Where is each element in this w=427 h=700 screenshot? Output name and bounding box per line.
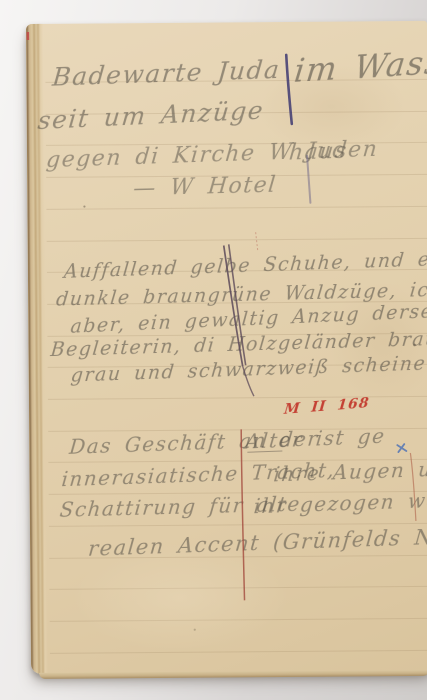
ruled-line <box>50 618 427 622</box>
handwriting-line: seit um Anzüge <box>36 96 265 136</box>
red-ink-shelfmark: M II 168 <box>283 395 370 418</box>
ruled-line <box>47 237 427 241</box>
blue-x-mark <box>397 444 406 452</box>
handwriting-line: Badewarte Juda <box>51 55 282 92</box>
handwriting-line: Alter ist ge <box>244 424 387 454</box>
ruled-line <box>46 206 427 210</box>
scanned-notebook-photo: { "document": { "kind_label": "handwritt… <box>0 0 427 700</box>
paper-speck <box>83 205 85 207</box>
handwriting-line: ihr gezogen werden <box>253 486 427 518</box>
handwriting-line: im Wass <box>292 43 427 90</box>
ruled-line <box>50 649 427 653</box>
notebook-page: Badewarte Juda im Wass seit um Anzüge ge… <box>26 21 427 674</box>
blue-pencil-stroke <box>286 55 292 124</box>
faint-red-mark <box>256 232 258 251</box>
handwriting-line: — W Hotel <box>132 173 278 202</box>
handwriting-line-deleted: Auffallend gelbe Schuhe, und ebensolche <box>63 245 427 283</box>
ruled-line <box>49 586 427 590</box>
paper-speck <box>194 629 196 631</box>
handwriting-line: haus <box>288 139 349 166</box>
ruled-line <box>49 523 427 527</box>
page-stack-bottom-edge <box>39 670 427 679</box>
